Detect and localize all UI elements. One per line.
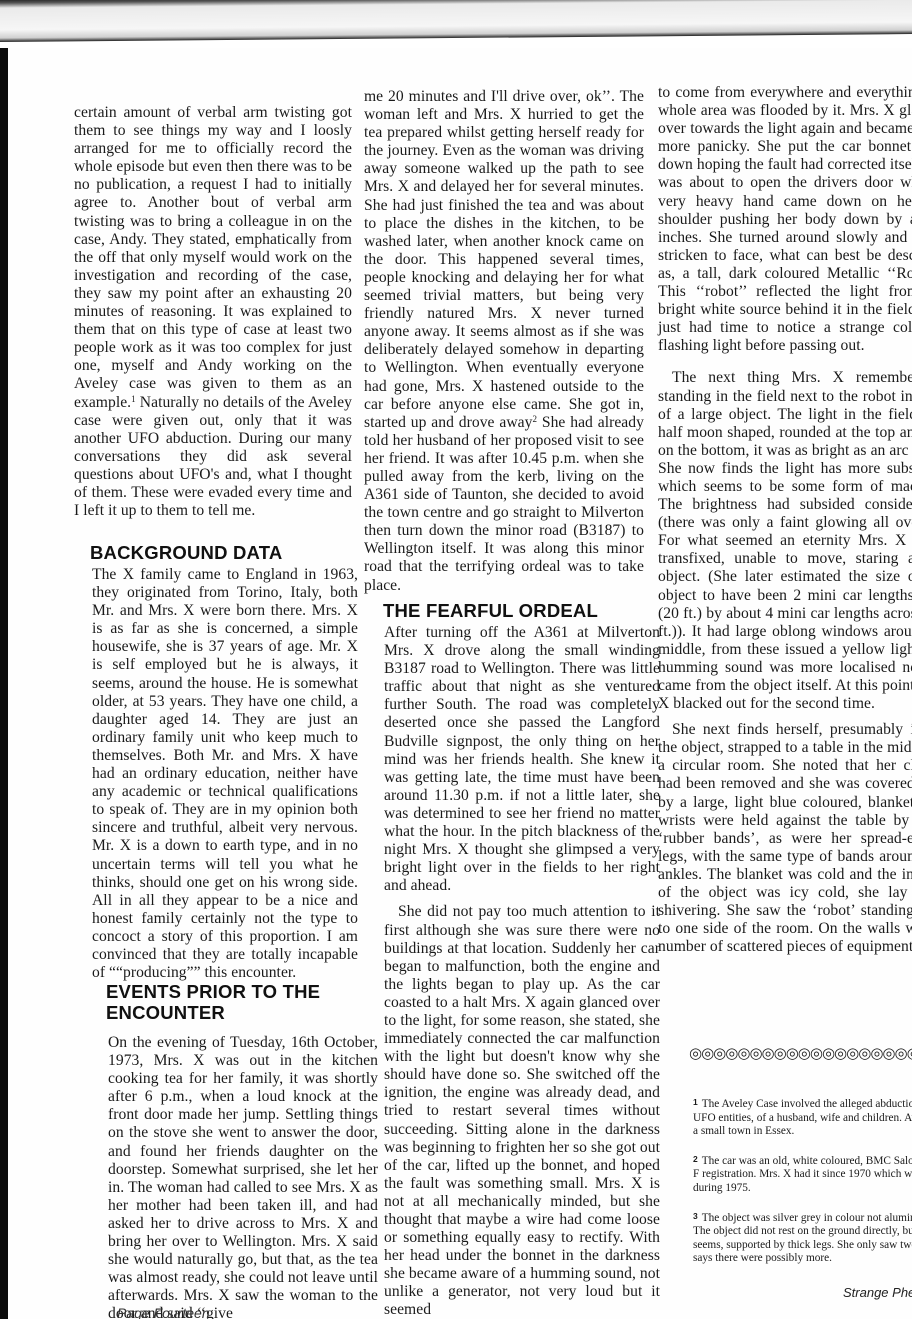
footnote-text: The object was silver grey in colour not… [693, 1212, 912, 1265]
fearful-ordeal-para-1: After turning off the A361 at Milverton … [384, 624, 660, 895]
background-section-body: The X family came to England in 1963, th… [92, 566, 358, 982]
column-2-body: me 20 minutes and I'll drive over, ok’’.… [364, 88, 644, 595]
column3-para-3: She next finds herself, presumably insid… [658, 721, 912, 956]
footnote-number: 2 [693, 1154, 698, 1164]
footnote-3: 3The object was silver grey in colour no… [693, 1210, 912, 1266]
column2-text: me 20 minutes and I'll drive over, ok’’.… [364, 88, 644, 431]
events-prior-section-body: On the evening of Tuesday, 16th October,… [108, 1034, 378, 1319]
background-text: The X family came to England in 1963, th… [92, 566, 358, 982]
section-heading-background: BACKGROUND DATA [90, 542, 370, 563]
footnote-text: The car was an old, white coloured, BMC … [693, 1155, 912, 1194]
column-1-intro: certain amount of verbal arm twisting go… [74, 104, 352, 520]
events-prior-text: On the evening of Tuesday, 16th October,… [108, 1034, 378, 1319]
intro-text: certain amount of verbal arm twisting go… [74, 104, 352, 411]
footnote-2: 2The car was an old, white coloured, BMC… [693, 1153, 912, 1196]
ornamental-divider: ◎◎◎◎◎◎◎◎◎◎◎◎◎◎◎◎◎◎◎◎ [689, 1044, 912, 1062]
section-heading-fearful-ordeal: THE FEARFUL ORDEAL [383, 600, 663, 621]
publication-name-footer: Strange Phe [843, 1285, 912, 1300]
column-3-body: to come from everywhere and everything t… [658, 84, 912, 956]
column3-para-2: The next thing Mrs. X remembers is stand… [658, 369, 912, 713]
footnote-text: The Aveley Case involved the alleged abd… [693, 1098, 912, 1137]
intro-text-continued: Naturally no details of the Aveley case … [74, 394, 352, 520]
scanner-edge [0, 0, 912, 42]
footnote-number: 1 [693, 1097, 698, 1107]
footnote-number: 3 [693, 1211, 698, 1221]
fearful-ordeal-section-body: After turning off the A361 at Milverton … [384, 624, 660, 1319]
section-heading-events-prior: EVENTS PRIOR TO THE ENCOUNTER [106, 981, 386, 1023]
page-number-footer: Page Fourteen [117, 1305, 210, 1319]
footnotes: 1The Aveley Case involved the alleged ab… [693, 1096, 912, 1280]
column2-text-continued: She had already told her husband of her … [364, 414, 644, 594]
footnote-1: 1The Aveley Case involved the alleged ab… [693, 1096, 912, 1139]
column3-para-1: to come from everywhere and everything t… [658, 84, 912, 355]
fearful-ordeal-para-2: She did not pay too much attention to it… [384, 903, 660, 1319]
page-binding-edge [0, 48, 8, 1319]
